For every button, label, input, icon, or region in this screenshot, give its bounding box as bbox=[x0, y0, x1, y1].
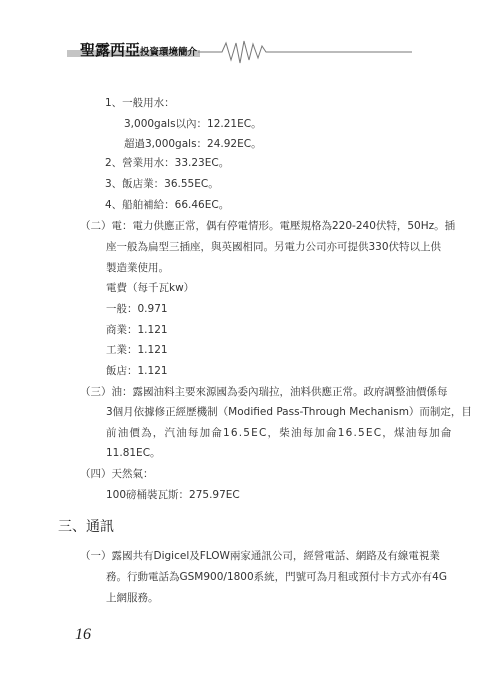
electricity-line-1: （二）電：電力供應正常，偶有停電情形。電壓規格為220-240伏特，50Hz。插 bbox=[80, 219, 455, 233]
water-commercial: 2、營業用水：33.23EC。 bbox=[105, 156, 229, 170]
electricity-rate-industrial: 工業：1.121 bbox=[106, 343, 168, 357]
electricity-line-2: 座一般為扁型三插座，與英國相同。另電力公司亦可提供330伏特以上供 bbox=[106, 240, 441, 254]
page-header: 聖露西亞投資環境簡介 bbox=[0, 0, 480, 80]
communications-line-2: 務。行動電話為GSM900/1800系統，門號可為月租或預付卡方式亦有4G bbox=[106, 570, 447, 584]
oil-line-3: 前油價為，汽油每加侖16.5EC，柴油每加侖16.5EC，煤油每加侖 bbox=[106, 426, 453, 440]
water-hotel: 3、飯店業：36.55EC。 bbox=[105, 177, 219, 191]
electricity-rate-general: 一般：0.971 bbox=[106, 302, 168, 316]
gas-value: 100磅桶裝瓦斯：275.97EC bbox=[106, 488, 240, 502]
oil-line-2: 3個月依據修正經歷機制（Modified Pass-Through Mechan… bbox=[106, 405, 472, 419]
electricity-rate-commercial: 商業：1.121 bbox=[106, 323, 168, 337]
page-number: 16 bbox=[75, 626, 91, 644]
communications-line-1: （一）露國共有Digicel及FLOW兩家通訊公司，經營電話、網路及有線電視業 bbox=[80, 549, 440, 563]
oil-line-1: （三）油：露國油料主要來源國為委內瑞拉，油料供應正常。政府調整油價係每 bbox=[80, 385, 448, 399]
communications-line-3: 上網服務。 bbox=[106, 591, 159, 605]
header-title-country: 聖露西亞 bbox=[80, 41, 140, 59]
electricity-rate-hotel: 飯店：1.121 bbox=[106, 364, 168, 378]
electricity-rate-title: 電費（每千瓦kw） bbox=[106, 281, 194, 295]
gas-title: （四）天然氣： bbox=[80, 467, 154, 481]
electricity-line-3: 製造業使用。 bbox=[106, 261, 169, 275]
water-general-under: 3,000gals以內：12.21EC。 bbox=[124, 117, 262, 131]
header-zigzag-line-icon bbox=[198, 38, 414, 66]
header-title-subtitle: 投資環境簡介 bbox=[140, 47, 197, 58]
water-ship: 4、船舶補給：66.46EC。 bbox=[105, 198, 229, 212]
water-general-over: 超過3,000gals：24.92EC。 bbox=[124, 137, 262, 151]
section-heading-communications: 三、通訊 bbox=[58, 516, 114, 536]
header-title: 聖露西亞投資環境簡介 bbox=[80, 39, 197, 60]
water-general-label: 1、一般用水： bbox=[105, 96, 175, 110]
oil-line-4: 11.81EC。 bbox=[106, 446, 161, 460]
